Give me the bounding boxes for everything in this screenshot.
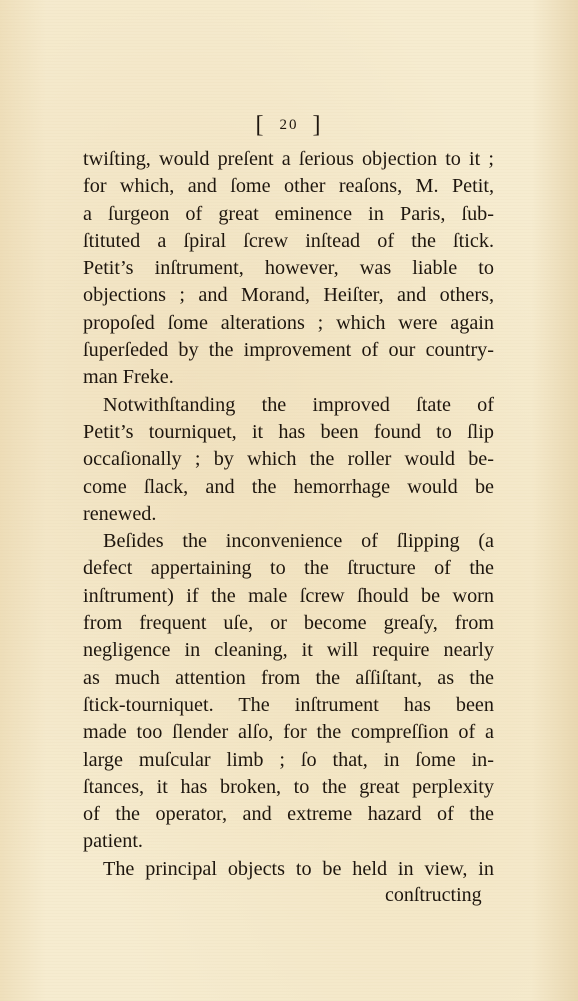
bracket-left: [	[256, 112, 266, 138]
text-line: propoſed ſome alterations ; which were a…	[83, 310, 494, 337]
text-line: twiſting, would preſent a ſerious object…	[83, 146, 494, 173]
text-line: man Freke.	[83, 364, 494, 391]
text-line: patient.	[83, 828, 494, 855]
text-line: inſtrument) if the male ſcrew ſhould be …	[83, 583, 494, 610]
text-line: occaſionally ; by which the roller would…	[83, 446, 494, 473]
text-line: defect appertaining to the ſtructure of …	[83, 555, 494, 582]
text-line: ſuperſeded by the improvement of our cou…	[83, 337, 494, 364]
text-line: Notwithſtanding the improved ſtate of	[83, 392, 494, 419]
catchword: conſtructing	[385, 884, 482, 907]
page-number-header: [20]	[0, 112, 578, 139]
book-page: [20] twiſting, would preſent a ſerious o…	[0, 0, 578, 1001]
text-line: come ſlack, and the hemorrhage would be	[83, 474, 494, 501]
text-line: a ſurgeon of great eminence in Paris, ſu…	[83, 201, 494, 228]
text-line: The principal objects to be held in view…	[83, 856, 494, 883]
page-number: 20	[280, 117, 299, 133]
text-line: negligence in cleaning, it will require …	[83, 637, 494, 664]
text-line: ſtituted a ſpiral ſcrew inſtead of the ſ…	[83, 228, 494, 255]
text-line: from frequent uſe, or become greaſy, fro…	[83, 610, 494, 637]
text-line: Petit’s tourniquet, it has been found to…	[83, 419, 494, 446]
text-line: ſtances, it has broken, to the great per…	[83, 774, 494, 801]
body-text: twiſting, would preſent a ſerious object…	[83, 146, 494, 883]
text-line: large muſcular limb ; ſo that, in ſome i…	[83, 747, 494, 774]
text-line: objections ; and Morand, Heiſter, and ot…	[83, 282, 494, 309]
text-line: made too ſlender alſo, for the compreſſi…	[83, 719, 494, 746]
text-line: renewed.	[83, 501, 494, 528]
text-line: for which, and ſome other reaſons, M. Pe…	[83, 173, 494, 200]
text-line: Petit’s inſtrument, however, was liable …	[83, 255, 494, 282]
text-line: as much attention from the aſſiſtant, as…	[83, 665, 494, 692]
text-line: of the operator, and extreme hazard of t…	[83, 801, 494, 828]
text-line: ſtick-tourniquet. The inſtrument has bee…	[83, 692, 494, 719]
bracket-right: ]	[313, 112, 323, 138]
text-line: Beſides the inconvenience of ſlipping (a	[83, 528, 494, 555]
